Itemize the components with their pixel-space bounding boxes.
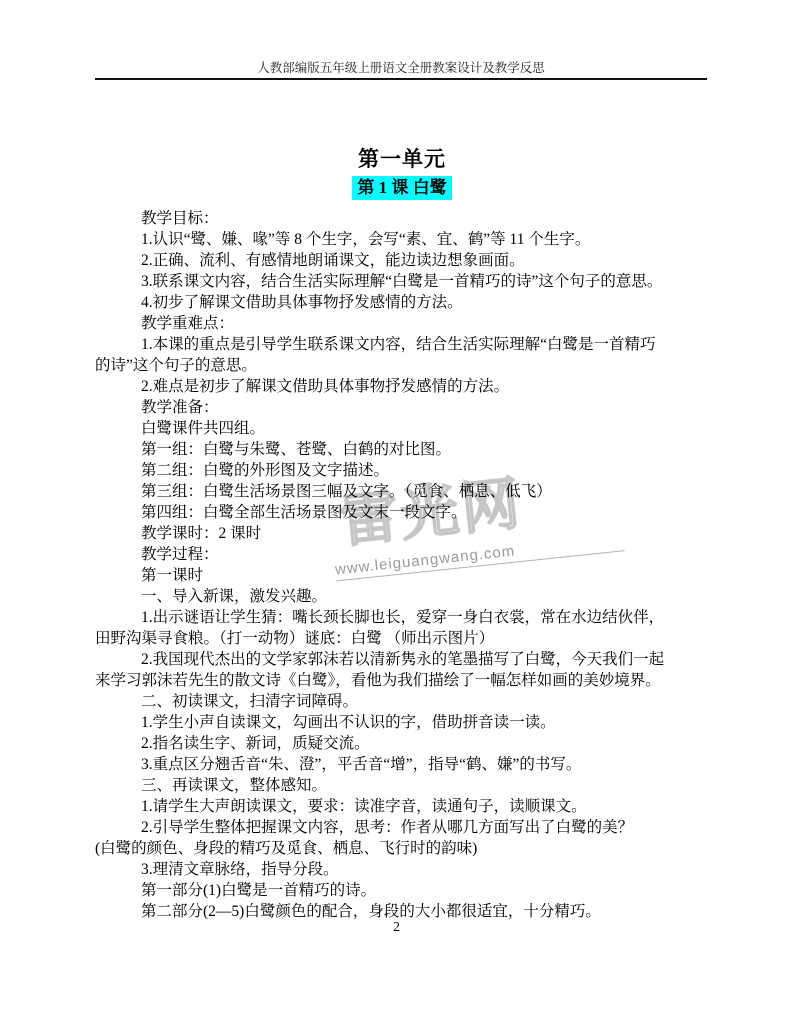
body-line: 1.请学生大声朗读课文，要求：读准字音，读通句子，读顺课文。 <box>95 796 711 817</box>
document-page: 人教部编版五年级上册语文全册教案设计及教学反思 第一单元 第 1 课 白鹭 雷光… <box>0 0 793 1020</box>
body-line: 4.初步了解课文借助具体事物抒发感情的方法。 <box>95 292 711 313</box>
body-line: 教学课时：2 课时 <box>95 523 711 544</box>
body-line: 第二组：白鹭的外形图及文字描述。 <box>95 460 711 481</box>
body-line: 1.学生小声自读课文，勾画出不认识的字，借助拼音读一读。 <box>95 712 711 733</box>
body-line: 2.引导学生整体把握课文内容，思考：作者从哪几方面写出了白鹭的美？ <box>95 817 711 838</box>
body-line: 2.正确、流利、有感情地朗诵课文，能边读边想象画面。 <box>95 250 711 271</box>
body-line: 教学目标： <box>95 208 711 229</box>
body-line: 白鹭课件共四组。 <box>95 418 711 439</box>
body-line: 2.难点是初步了解课文借助具体事物抒发感情的方法。 <box>95 376 711 397</box>
unit-title: 第一单元 <box>95 143 709 173</box>
body-line: 3.联系课文内容，结合生活实际理解“白鹭是一首精巧的诗”这个句子的意思。 <box>95 271 711 292</box>
body-line: 3.重点区分翘舌音“朱、澄”，平舌音“增”，指导“鹤、嫌”的书写。 <box>95 754 711 775</box>
body-line: 第一部分(1)白鹭是一首精巧的诗。 <box>95 880 711 901</box>
body-line: 2.我国现代杰出的文学家郭沫若以清新隽永的笔墨描写了白鹭，今天我们一起 <box>95 649 711 670</box>
document-body: 教学目标：1.认识“鹭、嫌、喙”等 8 个生字，会写“素、宜、鹤”等 11 个生… <box>95 208 711 922</box>
body-line: 教学准备： <box>95 397 711 418</box>
body-line: 第四组：白鹭全部生活场景图及文末一段文字。 <box>95 502 711 523</box>
body-line: 田野沟渠寻食粮。（打一动物）谜底：白鹭 （师出示图片） <box>95 628 711 649</box>
lesson-title-row: 第 1 课 白鹭 <box>95 176 709 200</box>
body-line: 3.理清文章脉络，指导分段。 <box>95 859 711 880</box>
body-line: 二、初读课文，扫清字词障碍。 <box>95 691 711 712</box>
body-line: 1.出示谜语让学生猜：嘴长颈长脚也长，爱穿一身白衣裳，常在水边结伙伴， <box>95 607 711 628</box>
body-line: 第三组：白鹭生活场景图三幅及文字。（觅食、栖息、低飞） <box>95 481 711 502</box>
body-line: 第一组：白鹭与朱鹭、苍鹭、白鹤的对比图。 <box>95 439 711 460</box>
header-rule <box>95 78 707 80</box>
body-line: 1.本课的重点是引导学生联系课文内容，结合生活实际理解“白鹭是一首精巧 <box>95 334 711 355</box>
body-line: 一、导入新课，激发兴趣。 <box>95 586 711 607</box>
body-line: 第一课时 <box>95 565 711 586</box>
body-line: 1.认识“鹭、嫌、喙”等 8 个生字，会写“素、宜、鹤”等 11 个生字。 <box>95 229 711 250</box>
body-line: 教学过程： <box>95 544 711 565</box>
body-line: 2.指名读生字、新词，质疑交流。 <box>95 733 711 754</box>
lesson-title-highlight: 第 1 课 白鹭 <box>352 176 451 200</box>
header-title: 人教部编版五年级上册语文全册教案设计及教学反思 <box>95 58 707 76</box>
body-line: (白鹭的颜色、身段的精巧及觅食、栖息、飞行时的韵味) <box>95 838 711 859</box>
body-line: 来学习郭沫若先生的散文诗《白鹭》，看他为我们描绘了一幅怎样如画的美妙境界。 <box>95 670 711 691</box>
body-line: 教学重难点： <box>95 313 711 334</box>
body-line: 的诗”这个句子的意思。 <box>95 355 711 376</box>
body-line: 第二部分(2—5)白鹭颜色的配合，身段的大小都很适宜，十分精巧。 <box>95 901 711 922</box>
body-line: 三、再读课文，整体感知。 <box>95 775 711 796</box>
page-number: 2 <box>0 920 793 936</box>
